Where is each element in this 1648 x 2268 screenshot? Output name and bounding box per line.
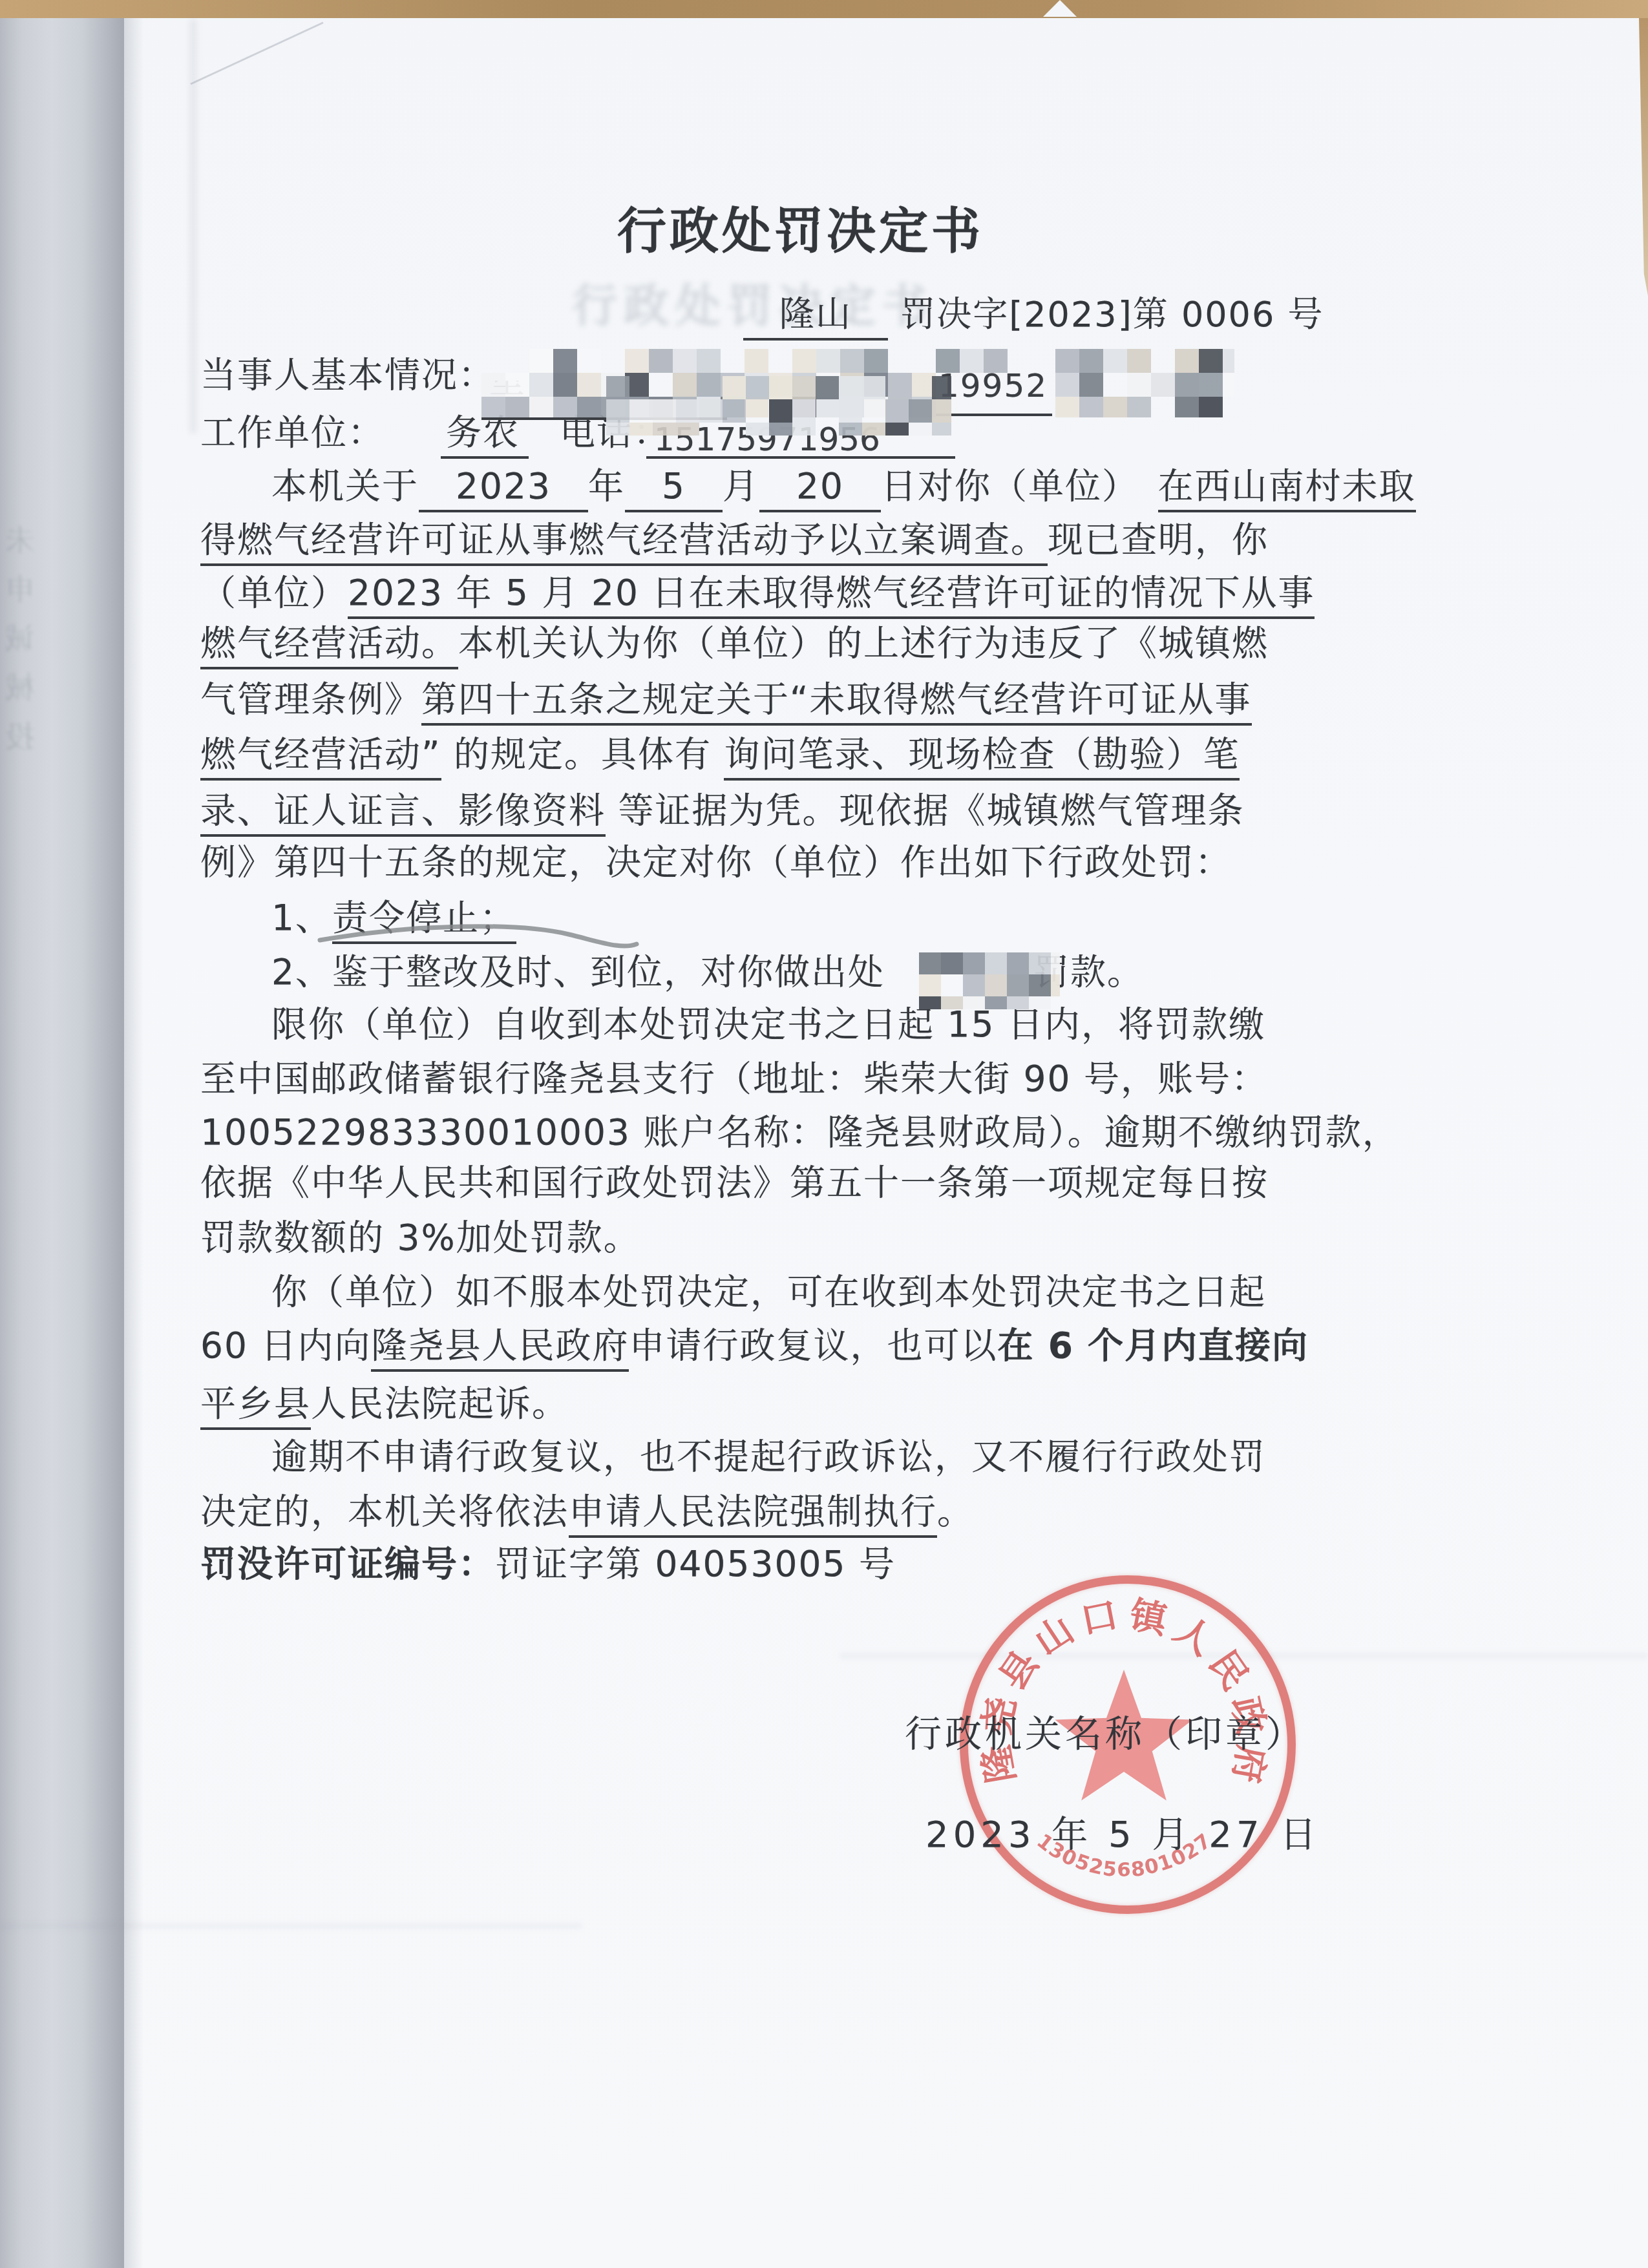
issuing-authority-line: 行政机关名称（印章） (905, 1714, 1305, 1755)
underline-work-unit (441, 456, 529, 459)
scanned-document-page: 行政处罚决定书 未申诫械投 行政处罚决定书 隆山 罚决字[2023]第 0006… (0, 0, 1648, 2268)
decision-date: 2023 年 5 月 27 日 (925, 1814, 1320, 1856)
seal-arc-char: 口 (1075, 1593, 1124, 1642)
redaction-mosaic-phone (606, 376, 951, 436)
seal-arc-char: 镇 (1124, 1593, 1172, 1642)
underline-phone (646, 456, 955, 459)
redaction-mosaic-fine-amount (919, 952, 1060, 1009)
pencil-stroke (0, 0, 1648, 2268)
